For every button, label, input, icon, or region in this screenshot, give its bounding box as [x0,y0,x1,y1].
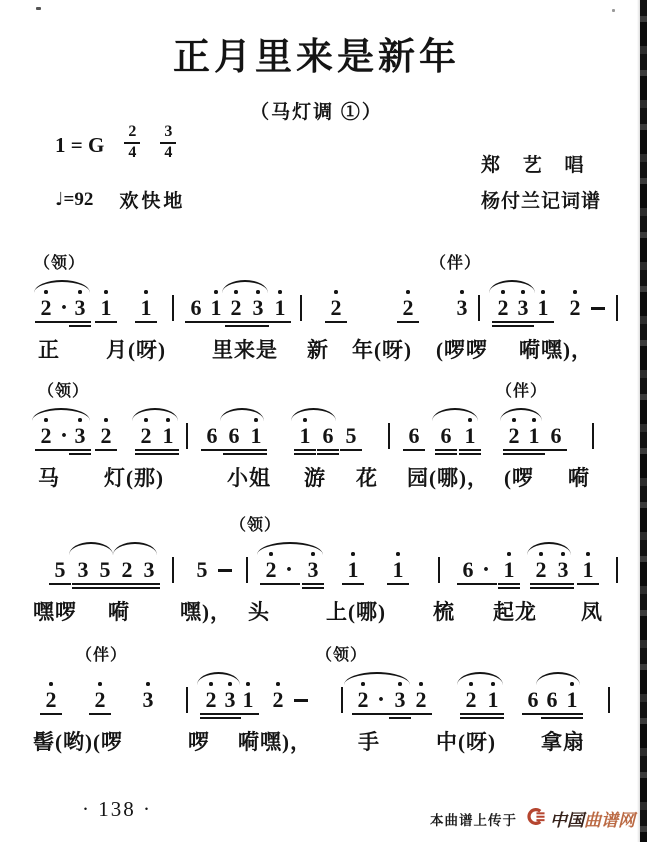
octave-dot [570,682,574,686]
scan-speck [612,9,615,12]
note-glyph: 1 [295,424,315,448]
note-glyph: 6 [523,688,543,712]
octave-dot [398,682,402,686]
beam-line [138,587,160,589]
note-glyph: 1 [270,296,290,320]
dash-note [215,558,235,582]
note-glyph: 1 [136,296,156,320]
beam-line [342,583,364,585]
augmentation-dot: · [476,558,496,582]
note: 3 [70,296,90,320]
note-glyph: 1 [246,424,266,448]
note: 5 [50,558,70,582]
note: 2 [41,688,61,712]
lyric: 新 [307,334,329,364]
note-glyph: 2 [261,558,281,582]
note-glyph: 3 [390,688,410,712]
note: 6 [224,424,244,448]
note-glyph: 6 [436,424,456,448]
beam-line [512,321,534,323]
note-glyph: 2 [353,688,373,712]
lyric: 手 [358,726,380,756]
note-glyph: 6 [186,296,206,320]
note: 2 [90,688,110,712]
beam-line [561,713,583,715]
beam-line [503,449,525,451]
note: 1 [136,296,156,320]
part-label: （领） [316,642,367,665]
note: 6 [546,424,566,448]
barline [172,295,174,321]
octave-dot [78,418,82,422]
lyric: 梳 [433,596,455,626]
note-glyph: 3 [220,688,240,712]
augmentation-dot: · [279,558,299,582]
octave-dot [501,290,505,294]
part-label: （领） [38,378,89,401]
note-glyph: 5 [95,558,115,582]
note-glyph: 6 [458,558,478,582]
note-glyph: · [279,558,299,582]
note-glyph: 2 [36,424,56,448]
octave-dot [214,290,218,294]
beam-line [40,713,62,715]
note-glyph: 3 [139,558,159,582]
page-number: · 138 · [82,797,152,822]
lyric: 灯(那) [104,462,164,492]
octave-dot [419,682,423,686]
note-glyph: 2 [493,296,513,320]
music-line: （领）（伴）2·311612312232312正月(呀)里来是新年(呀)(啰啰嗬… [0,296,647,366]
lyrics-row: 正月(呀)里来是新年(呀)(啰啰嗬嘿)， [0,334,647,362]
scan-edge-strip [640,0,647,842]
part-label: （伴） [76,642,127,665]
octave-dot [144,290,148,294]
octave-dot [351,552,355,556]
barline [616,295,618,321]
note-glyph: 2 [398,296,418,320]
octave-dot [521,290,525,294]
watermark-prefix: 本曲谱上传于 [430,809,517,829]
octave-dot [246,682,250,686]
beam-line [278,583,300,585]
octave-dot [532,418,536,422]
beam-line [512,325,534,327]
note-glyph: 2 [565,296,585,320]
note-glyph: 2 [96,424,116,448]
note-glyph: · [476,558,496,582]
beam-line [523,453,545,455]
beam-line [482,713,504,715]
beam-line [503,453,525,455]
beam-line [157,449,179,451]
note-glyph: 3 [248,296,268,320]
beam-line [459,453,481,455]
note: 3 [248,296,268,320]
note-glyph: 3 [70,296,90,320]
note: 1 [343,558,363,582]
beam-line [530,587,552,589]
beam-line [340,449,362,451]
octave-dot [541,290,545,294]
beam-line [317,449,339,451]
slur-arc [489,280,535,293]
note-glyph: 2 [136,424,156,448]
note-glyph: 3 [553,558,573,582]
octave-dot [406,290,410,294]
note-glyph: 2 [326,296,346,320]
note: 2 [461,688,481,712]
beam-line [94,583,116,585]
note-glyph: 6 [202,424,222,448]
note-glyph: 1 [578,558,598,582]
octave-dot [98,682,102,686]
note-glyph: 2 [411,688,431,712]
note-glyph: 2 [41,688,61,712]
octave-dot [586,552,590,556]
note: 2 [36,296,56,320]
lyric: 啰 [188,726,210,756]
octave-dot [78,290,82,294]
beam-line [72,583,94,585]
note: 1 [388,558,408,582]
beam-line [245,453,267,455]
lyric: 嗬 [108,596,130,626]
note-glyph: 2 [36,296,56,320]
beam-line [237,713,259,715]
octave-dot [44,290,48,294]
note: 1 [524,424,544,448]
slur-arc [113,542,157,555]
lyric: 小姐 [227,462,271,492]
note-glyph: 2 [201,688,221,712]
note-glyph: 6 [318,424,338,448]
beam-line [135,453,157,455]
note: 3 [220,688,240,712]
beam-line [225,325,247,327]
qupu-logo-icon [526,807,545,831]
beam-line [523,449,545,451]
note: 6 [458,558,478,582]
octave-dot [256,290,260,294]
note-glyph: 1 [206,296,226,320]
lyric: 髻(哟)(啰 [33,726,123,756]
note: 2 [493,296,513,320]
beam-line [387,583,409,585]
part-label: （领） [34,250,85,273]
beam-line [205,321,227,323]
lyric: 嗬嘿)， [519,334,593,364]
octave-dot [396,552,400,556]
beam-line [397,321,419,323]
octave-dot [278,290,282,294]
note: 1 [270,296,290,320]
note-glyph: 2 [268,688,288,712]
note-glyph: 6 [224,424,244,448]
beam-line [269,321,291,323]
lyric: 园(哪)， [407,462,489,492]
note: 3 [303,558,323,582]
beam-line [498,587,520,589]
beam-line [116,587,138,589]
note: 2 [268,688,288,712]
part-label: （领） [230,512,281,535]
lyric: 嘿啰 [33,596,77,626]
note: 1 [533,296,553,320]
beam-line [69,321,91,323]
slur-arc [197,672,240,685]
lyric: 花 [356,462,378,492]
note: 2 [326,296,346,320]
barline [172,557,174,583]
note-glyph: 3 [138,688,158,712]
note: 1 [499,558,519,582]
beam-line [247,325,269,327]
octave-dot [276,682,280,686]
beam-line [498,583,520,585]
beam-line [389,713,411,715]
octave-dot [311,552,315,556]
beam-line [138,583,160,585]
lyric: 游 [304,462,326,492]
barline [478,295,480,321]
note: 2 [136,424,156,448]
note-glyph: 3 [513,296,533,320]
note: 1 [246,424,266,448]
note-glyph: 3 [303,558,323,582]
beam-line [135,449,157,451]
octave-dot [303,418,307,422]
beam-line [225,321,247,323]
lyric: (啰啰 [436,334,488,364]
watermark-brand-site: 曲谱网 [584,806,635,831]
lyric: 凤 [581,596,603,626]
octave-dot [460,290,464,294]
octave-dot [44,418,48,422]
beam-line [530,583,552,585]
barline [438,557,440,583]
score: （领）（伴）2·311612312232312正月(呀)里来是新年(呀)(啰啰嗬… [0,0,647,842]
beam-line [561,717,583,719]
music-line: （伴）（领）22323122·3221661髻(哟)(啰啰嗬嘿)，手中(呀)拿扇 [0,688,647,758]
note: 1 [483,688,503,712]
lyric: 马 [38,462,60,492]
beam-line [403,449,425,451]
beam-line [435,449,457,451]
lyric: 拿扇 [541,726,585,756]
beam-line [201,449,223,451]
note: 3 [70,424,90,448]
music-line: （领）（伴）2·3221661165661216马灯(那)小姐游花园(哪)，(啰… [0,424,647,494]
beam-line [552,587,574,589]
beam-line [95,449,117,451]
barline [300,295,302,321]
sheet-page: 正月里来是新年 （马灯调 ①） 1 = G 2 4 3 4 ♩ =92 欢快地 … [0,0,647,842]
note-glyph: 2 [504,424,524,448]
part-label: （伴） [430,250,481,273]
beam-line [459,449,481,451]
augmentation-dot: · [371,688,391,712]
beam-line [577,583,599,585]
lyrics-row: 嘿啰嗬嘿)，头上(哪)梳起龙凤 [0,596,647,624]
barline [592,423,594,449]
octave-dot [561,552,565,556]
beam-line [157,453,179,455]
beam-line [49,583,71,585]
beam-line [247,321,269,323]
note-glyph: 2 [90,688,110,712]
note-glyph: 1 [524,424,544,448]
beam-line [541,717,563,719]
lyric: (啰 [504,462,534,492]
note-glyph: 6 [542,688,562,712]
beam-line [245,449,267,451]
part-label: （伴） [496,378,547,401]
octave-dot [144,418,148,422]
note: 1 [158,424,178,448]
note: 5 [192,558,212,582]
lyric: 嗬 [568,462,590,492]
note: 3 [513,296,533,320]
beam-line [135,321,157,323]
note-glyph: 1 [562,688,582,712]
note-glyph: 1 [499,558,519,582]
note-glyph: 5 [50,558,70,582]
beam-line [69,325,91,327]
lyrics-row: 髻(哟)(啰啰嗬嘿)，手中(呀)拿扇 [0,726,647,754]
note: 2 [117,558,137,582]
watermark-brand-cn: 中国 [550,806,584,831]
note: 2 [261,558,281,582]
note: 1 [578,558,598,582]
octave-dot [573,290,577,294]
beam-line [389,717,411,719]
beam-line [317,453,339,455]
octave-dot [49,682,53,686]
lyrics-row: 马灯(那)小姐游花园(哪)，(啰嗬 [0,462,647,490]
note-glyph: 3 [452,296,472,320]
note-glyph: 6 [404,424,424,448]
beam-line [294,453,316,455]
note: 2 [226,296,246,320]
octave-dot [146,682,150,686]
barline [608,687,610,713]
lyric: 正 [38,334,60,364]
dash-note [588,296,608,320]
note-glyph: 5 [192,558,212,582]
note: 1 [206,296,226,320]
octave-dot [491,682,495,686]
note: 3 [138,688,158,712]
slur-arc [132,408,178,421]
octave-dot [209,682,213,686]
note: 2 [36,424,56,448]
lyric: 上(哪) [326,596,386,626]
octave-dot [539,552,543,556]
barline [186,423,188,449]
note: 2 [398,296,418,320]
note: 1 [295,424,315,448]
note: 2 [201,688,221,712]
lyric: 中(呀) [436,726,496,756]
beam-line [219,717,241,719]
octave-dot [254,418,258,422]
beam-line [475,583,497,585]
beam-line [89,713,111,715]
slur-arc [457,672,503,685]
octave-dot [468,418,472,422]
octave-dot [507,552,511,556]
beam-line [482,717,504,719]
barline [186,687,188,713]
note: 6 [523,688,543,712]
dash-note [291,688,311,712]
beam-line [541,713,563,715]
octave-dot [234,290,238,294]
note-glyph: 3 [73,558,93,582]
note-glyph: · [371,688,391,712]
beam-line [492,321,514,323]
note-glyph: 1 [460,424,480,448]
octave-dot [361,682,365,686]
beam-line [545,449,567,451]
music-line: （领）5352352·3116·1231嘿啰嗬嘿)，头上(哪)梳起龙凤 [0,558,647,628]
beam-line [552,583,574,585]
note: 5 [95,558,115,582]
note: 1 [460,424,480,448]
beam-line [435,453,457,455]
note: 6 [542,688,562,712]
note-glyph: 1 [238,688,258,712]
note-glyph: 1 [96,296,116,320]
beam-line [302,587,324,589]
barline [388,423,390,449]
note: 3 [553,558,573,582]
note-glyph: 1 [343,558,363,582]
barline [341,687,343,713]
beam-line [460,717,482,719]
lyric: 月(呀) [106,334,166,364]
note: 6 [404,424,424,448]
beam-line [69,449,91,451]
lyric: 头 [248,596,270,626]
beam-line [223,453,245,455]
barline [246,557,248,583]
note: 3 [452,296,472,320]
note-glyph: 1 [483,688,503,712]
octave-dot [104,418,108,422]
beam-line [223,449,245,451]
note: 2 [565,296,585,320]
note-glyph: 2 [226,296,246,320]
barline [616,557,618,583]
beam-line [95,321,117,323]
note: 1 [96,296,116,320]
note-glyph: 3 [70,424,90,448]
octave-dot [104,290,108,294]
note: 3 [139,558,159,582]
scan-speck [36,7,41,10]
note: 3 [390,688,410,712]
note: 2 [504,424,524,448]
beam-line [460,713,482,715]
note-glyph: 1 [158,424,178,448]
slur-arc [291,408,336,421]
note-glyph: 2 [531,558,551,582]
beam-line [94,587,116,589]
octave-dot [469,682,473,686]
note: 6 [436,424,456,448]
